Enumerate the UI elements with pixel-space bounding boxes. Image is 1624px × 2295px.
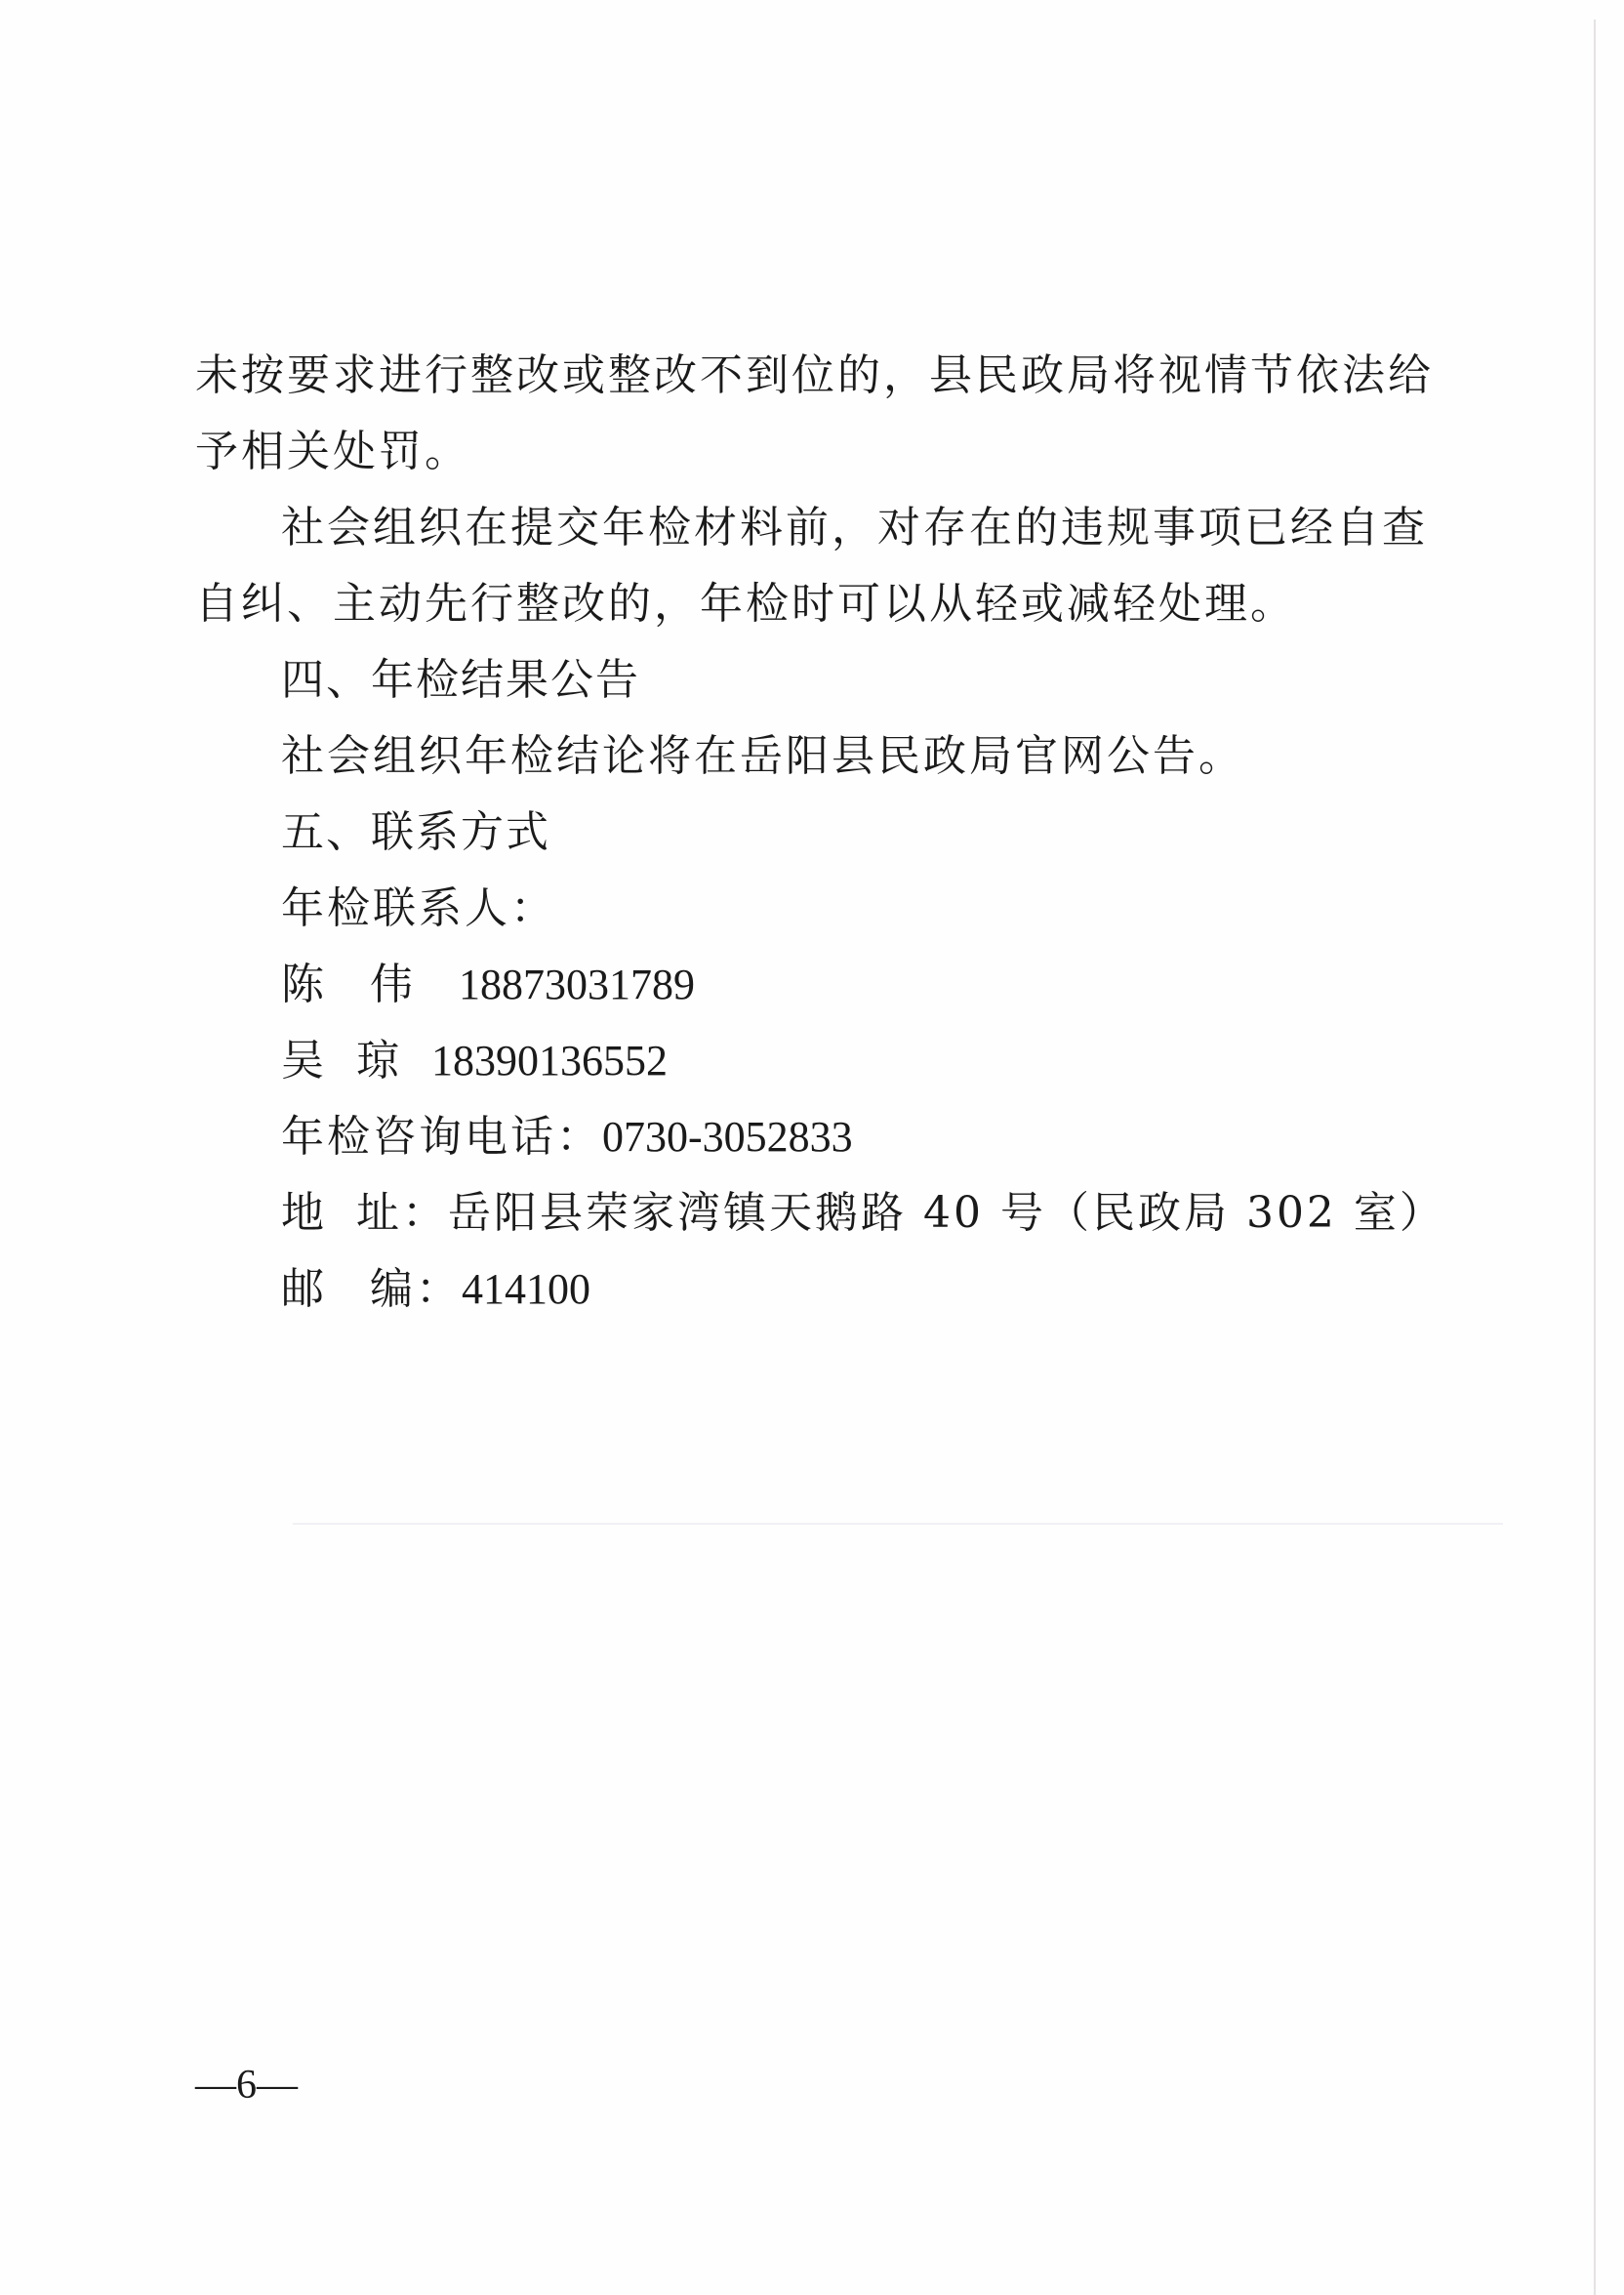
address-value: 岳阳县荣家湾镇天鹅路 40 号（民政局 302 室） bbox=[448, 1175, 1445, 1251]
contact-phone: 18873031789 bbox=[459, 947, 695, 1023]
section-heading-contact: 五、联系方式 bbox=[195, 795, 1396, 871]
section-heading-results-announcement: 四、年检结果公告 bbox=[195, 642, 1396, 718]
results-announcement-text: 社会组织年检结论将在岳阳县民政局官网公告。 bbox=[195, 718, 1396, 795]
paragraph-line: 予相关处罚。 bbox=[195, 414, 1396, 490]
contact-phone: 18390136552 bbox=[431, 1023, 668, 1099]
postcode-row: 邮 编： 414100 bbox=[195, 1251, 1396, 1328]
paragraph-line: 未按要求进行整改或整改不到位的，县民政局将视情节依法给 bbox=[195, 338, 1396, 414]
contact-row: 吴 琼 18390136552 bbox=[195, 1023, 1396, 1099]
contact-name-char: 陈 bbox=[281, 947, 327, 1023]
show-through-rule bbox=[293, 1523, 1503, 1525]
address-label-char: 地 bbox=[281, 1175, 327, 1251]
document-page: 未按要求进行整改或整改不到位的，县民政局将视情节依法给 予相关处罚。 社会组织在… bbox=[0, 0, 1624, 2295]
address-row: 地 址： 岳阳县荣家湾镇天鹅路 40 号（民政局 302 室） bbox=[195, 1175, 1396, 1251]
scan-edge-line bbox=[1594, 20, 1596, 2295]
contact-name-char: 吴 bbox=[281, 1023, 327, 1099]
consult-phone: 0730-3052833 bbox=[602, 1099, 853, 1175]
paragraph-line: 社会组织在提交年检材料前，对存在的违规事项已经自查 bbox=[195, 490, 1396, 566]
contacts-label: 年检联系人： bbox=[195, 871, 1396, 947]
contact-name-char: 伟 bbox=[370, 947, 416, 1023]
contact-row: 陈 伟 18873031789 bbox=[195, 947, 1396, 1023]
paragraph-line: 自纠、主动先行整改的，年检时可以从轻或减轻处理。 bbox=[195, 566, 1396, 642]
contact-name-char: 琼 bbox=[356, 1023, 402, 1099]
consult-phone-row: 年检咨询电话： 0730-3052833 bbox=[195, 1099, 1396, 1175]
address-label: 址： bbox=[356, 1175, 448, 1251]
postcode-label-char: 邮 bbox=[281, 1251, 327, 1328]
document-body: 未按要求进行整改或整改不到位的，县民政局将视情节依法给 予相关处罚。 社会组织在… bbox=[195, 338, 1396, 1328]
consult-phone-label: 年检咨询电话： bbox=[281, 1099, 602, 1175]
postcode-label: 编： bbox=[370, 1251, 462, 1328]
postcode-value: 414100 bbox=[462, 1251, 590, 1328]
page-number: —6— bbox=[195, 2058, 298, 2112]
